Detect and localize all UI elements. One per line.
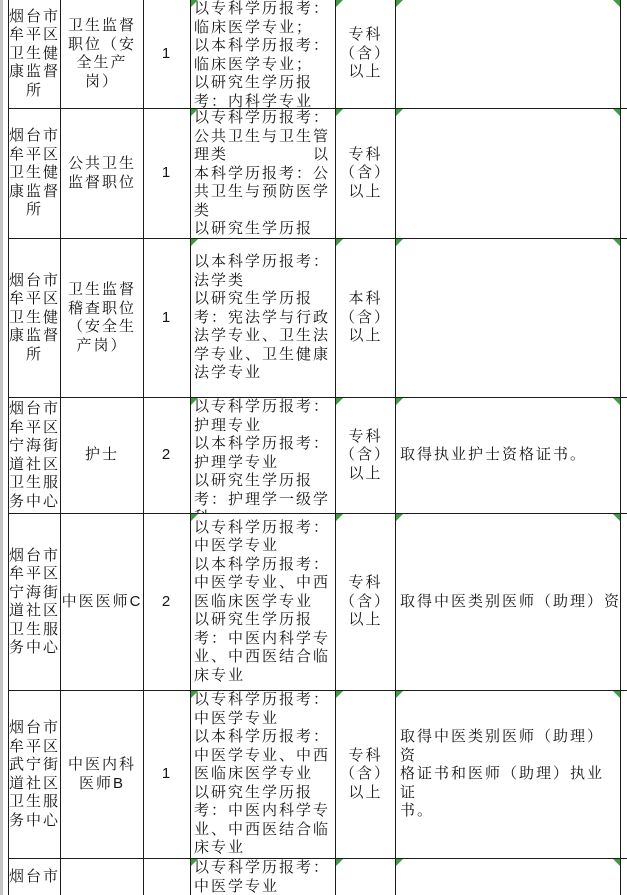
- majors-text: 以专科学历报考： 公共卫生与卫生管 理类 以 本科学历报考：公 共卫生与预防医学…: [194, 109, 334, 239]
- position-cell: 卫生监督 职位（安 全生产 岗）: [61, 0, 144, 109]
- clipped-edge-cell: [621, 398, 627, 514]
- count-text: 1: [162, 309, 172, 328]
- requirements-text: 取得中医类别医师（助理）资: [400, 593, 618, 612]
- position-cell: [61, 859, 144, 895]
- position-cell: 卫生监督 稽查职位 （安全生 产岗）: [61, 239, 144, 398]
- count-text: 1: [162, 765, 172, 784]
- clipped-edge-cell: [621, 691, 627, 859]
- requirements-cell: [396, 239, 621, 398]
- clipped-edge-cell: [621, 239, 627, 398]
- cell-corner-flag-icon: [191, 0, 198, 7]
- majors-cell: 以专科学历报考： 中医学专业 以本科学历报考： 中医学专业、中西 医临床医学专业…: [191, 691, 336, 859]
- table-screenshot: 烟台市 牟平区 卫生健 康监督 所 卫生监督 职位（安 全生产 岗） 1 以专科…: [0, 0, 627, 895]
- majors-cell: 以专科学历报考： 护理专业 以本科学历报考： 护理学专业 以研究生学历报 考：护…: [191, 398, 336, 514]
- cell-corner-flag-icon: [396, 398, 403, 405]
- employer-text: 烟台市 牟平区 宁海街 道社区 卫生服 务中心: [9, 400, 60, 511]
- table-row: 烟台市 以专科学历报考： 中医学专业: [9, 859, 627, 895]
- degree-text: 专科 （含） 以上: [340, 26, 391, 82]
- cell-corner-flag-icon: [191, 859, 198, 866]
- position-cell: 护士: [61, 398, 144, 514]
- cell-corner-flag-icon: [613, 514, 620, 521]
- recruitment-table: 烟台市 牟平区 卫生健 康监督 所 卫生监督 职位（安 全生产 岗） 1 以专科…: [8, 0, 627, 895]
- left-edge-strip: [0, 0, 3, 895]
- position-text: 中医医师C: [62, 593, 143, 612]
- cell-corner-flag-icon: [613, 691, 620, 698]
- cell-corner-flag-icon: [396, 0, 403, 7]
- cell-corner-flag-icon: [613, 398, 620, 405]
- table-row: 烟台市 牟平区 卫生健 康监督 所 卫生监督 稽查职位 （安全生 产岗） 1 以…: [9, 239, 627, 398]
- count-cell: 2: [144, 398, 191, 514]
- degree-cell: [336, 859, 396, 895]
- count-cell: 1: [144, 239, 191, 398]
- requirements-cell: 取得中医类别医师（助理）资: [396, 514, 621, 691]
- cell-corner-flag-icon: [396, 514, 403, 521]
- employer-text: 烟台市 牟平区 卫生健 康监督 所: [9, 8, 60, 101]
- majors-cell: 以专科学历报考： 临床医学专业； 以本科学历报考： 临床医学专业； 以研究生学历…: [191, 0, 336, 109]
- degree-text: 专科 （含） 以上: [340, 747, 391, 803]
- employer-cell: 烟台市: [9, 859, 61, 895]
- table-row: 烟台市 牟平区 宁海街 道社区 卫生服 务中心 护士 2 以专科学历报考： 护理…: [9, 398, 627, 514]
- position-text: 卫生监督 职位（安 全生产 岗）: [68, 17, 136, 91]
- degree-text: 专科 （含） 以上: [340, 574, 391, 630]
- clipped-edge-cell: [621, 514, 627, 691]
- majors-text: 以本科学历报考： 法学类 以研究生学历报 考：宪法学与行政 法学专业、卫生法 学…: [194, 253, 334, 383]
- majors-cell: 以本科学历报考： 法学类 以研究生学历报 考：宪法学与行政 法学专业、卫生法 学…: [191, 239, 336, 398]
- majors-text: 以专科学历报考： 中医学专业 以本科学历报考： 中医学专业、中西 医临床医学专业…: [194, 691, 334, 858]
- count-text: 1: [162, 45, 172, 64]
- count-cell: [144, 859, 191, 895]
- cell-corner-flag-icon: [191, 398, 198, 405]
- requirements-cell: [396, 0, 621, 109]
- degree-text: 专科 （含） 以上: [340, 428, 391, 484]
- cell-corner-flag-icon: [336, 398, 343, 405]
- count-text: 1: [162, 164, 172, 183]
- cell-corner-flag-icon: [396, 691, 403, 698]
- requirements-cell: 取得执业护士资格证书。: [396, 398, 621, 514]
- requirements-text: 取得中医类别医师（助理）资 格证书和医师（助理）执业证 书。: [400, 728, 618, 821]
- majors-text: 以专科学历报考： 临床医学专业； 以本科学历报考： 临床医学专业； 以研究生学历…: [194, 0, 334, 109]
- position-cell: 中医医师C: [61, 514, 144, 691]
- employer-cell: 烟台市 牟平区 卫生健 康监督 所: [9, 239, 61, 398]
- degree-text: 专科 （含） 以上: [340, 146, 391, 202]
- table-row: 烟台市 牟平区 宁海街 道社区 卫生服 务中心 中医医师C 2 以专科学历报考：…: [9, 514, 627, 691]
- position-text: 公共卫生 监督职位: [68, 155, 136, 192]
- cell-corner-flag-icon: [613, 859, 620, 866]
- position-text: 中医内科 医师B: [68, 756, 136, 793]
- degree-cell: 专科 （含） 以上: [336, 398, 396, 514]
- majors-cell: 以专科学历报考： 中医学专业: [191, 859, 336, 895]
- majors-text: 以专科学历报考： 护理专业 以本科学历报考： 护理学专业 以研究生学历报 考：护…: [194, 398, 334, 514]
- cell-corner-flag-icon: [191, 109, 198, 116]
- employer-cell: 烟台市 牟平区 武宁街 道社区 卫生服 务中心: [9, 691, 61, 859]
- table-row: 烟台市 牟平区 武宁街 道社区 卫生服 务中心 中医内科 医师B 1 以专科学历…: [9, 691, 627, 859]
- position-cell: 公共卫生 监督职位: [61, 109, 144, 239]
- cell-corner-flag-icon: [613, 109, 620, 116]
- majors-text: 以专科学历报考： 中医学专业: [194, 859, 334, 895]
- position-text: 护士: [85, 446, 119, 465]
- cell-corner-flag-icon: [396, 109, 403, 116]
- cell-corner-flag-icon: [336, 0, 343, 7]
- count-text: 2: [162, 446, 172, 465]
- position-cell: 中医内科 医师B: [61, 691, 144, 859]
- count-cell: 1: [144, 0, 191, 109]
- cell-corner-flag-icon: [336, 691, 343, 698]
- degree-text: 本科 （含） 以上: [340, 290, 391, 346]
- cell-corner-flag-icon: [613, 239, 620, 246]
- requirements-cell: 取得中医类别医师（助理）资 格证书和医师（助理）执业证 书。: [396, 691, 621, 859]
- count-cell: 2: [144, 514, 191, 691]
- majors-text: 以专科学历报考： 中医学专业 以本科学历报考： 中医学专业、中西 医临床医学专业…: [194, 519, 334, 686]
- cell-corner-flag-icon: [336, 859, 343, 866]
- cell-corner-flag-icon: [336, 514, 343, 521]
- cell-corner-flag-icon: [336, 239, 343, 246]
- employer-text: 烟台市 牟平区 卫生健 康监督 所: [9, 272, 60, 365]
- employer-text: 烟台市 牟平区 宁海街 道社区 卫生服 务中心: [9, 547, 60, 658]
- count-cell: 1: [144, 109, 191, 239]
- degree-cell: 专科 （含） 以上: [336, 109, 396, 239]
- clipped-edge-cell: [621, 109, 627, 239]
- cell-corner-flag-icon: [396, 859, 403, 866]
- cell-corner-flag-icon: [613, 0, 620, 7]
- cell-corner-flag-icon: [336, 109, 343, 116]
- majors-cell: 以专科学历报考： 公共卫生与卫生管 理类 以 本科学历报考：公 共卫生与预防医学…: [191, 109, 336, 239]
- cell-corner-flag-icon: [191, 691, 198, 698]
- cell-corner-flag-icon: [191, 239, 198, 246]
- degree-cell: 本科 （含） 以上: [336, 239, 396, 398]
- employer-cell: 烟台市 牟平区 卫生健 康监督 所: [9, 109, 61, 239]
- clipped-edge-cell: [621, 0, 627, 109]
- count-cell: 1: [144, 691, 191, 859]
- clipped-edge-cell: [621, 859, 627, 895]
- degree-cell: 专科 （含） 以上: [336, 514, 396, 691]
- requirements-text: 取得执业护士资格证书。: [400, 446, 618, 465]
- cell-corner-flag-icon: [191, 514, 198, 521]
- degree-cell: 专科 （含） 以上: [336, 0, 396, 109]
- cell-corner-flag-icon: [396, 239, 403, 246]
- employer-cell: 烟台市 牟平区 宁海街 道社区 卫生服 务中心: [9, 398, 61, 514]
- employer-text: 烟台市 牟平区 卫生健 康监督 所: [9, 127, 60, 220]
- table-row: 烟台市 牟平区 卫生健 康监督 所 卫生监督 职位（安 全生产 岗） 1 以专科…: [9, 0, 627, 109]
- employer-text: 烟台市: [9, 868, 60, 887]
- position-text: 卫生监督 稽查职位 （安全生 产岗）: [68, 281, 136, 355]
- degree-cell: 专科 （含） 以上: [336, 691, 396, 859]
- employer-cell: 烟台市 牟平区 卫生健 康监督 所: [9, 0, 61, 109]
- requirements-cell: [396, 109, 621, 239]
- employer-cell: 烟台市 牟平区 宁海街 道社区 卫生服 务中心: [9, 514, 61, 691]
- requirements-cell: [396, 859, 621, 895]
- count-text: 2: [162, 593, 172, 612]
- employer-text: 烟台市 牟平区 武宁街 道社区 卫生服 务中心: [9, 719, 60, 830]
- table-row: 烟台市 牟平区 卫生健 康监督 所 公共卫生 监督职位 1 以专科学历报考： 公…: [9, 109, 627, 239]
- majors-cell: 以专科学历报考： 中医学专业 以本科学历报考： 中医学专业、中西 医临床医学专业…: [191, 514, 336, 691]
